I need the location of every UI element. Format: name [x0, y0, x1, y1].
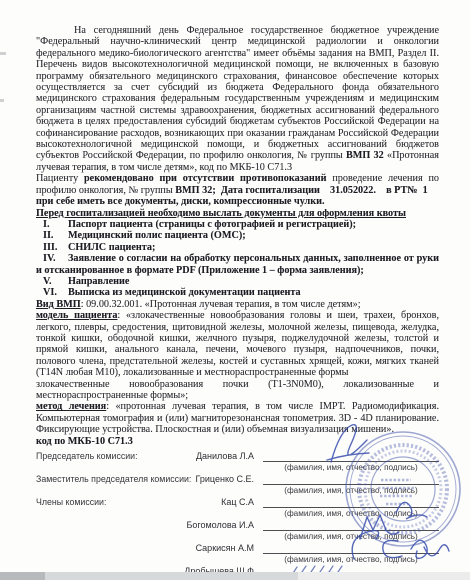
signature-caption: (фамилия, имя, отчество, подпись) — [263, 508, 439, 518]
patient-model-paragraph: модель пациента: «злокачественные новооб… — [36, 310, 439, 378]
list-item: II.Медицинский полис пациента (ОМС); — [36, 230, 439, 241]
model-second-line: злокачественные новообразования почки (Т… — [36, 379, 439, 402]
list-item: VI.Выписка из медицинской документации п… — [36, 287, 439, 298]
signature-area: (фамилия, имя, отчество, подпись) — [263, 452, 439, 472]
committee-row: Богомолова И.А (фамилия, имя, отчество, … — [36, 520, 439, 541]
signature-line — [263, 475, 439, 485]
list-item-text: Паспорт пациента (страницы с фотографией… — [68, 219, 356, 230]
list-item: I.Паспорт пациента (страницы с фотографи… — [36, 219, 439, 230]
scan-edge-segment — [0, 572, 45, 580]
bring-documents-bold: при себе иметь все документы, диски, ком… — [36, 196, 325, 207]
list-item: V.Направление — [36, 276, 439, 287]
signature-line — [263, 498, 439, 508]
intro-text: На сегодняшний день Федеральное государс… — [36, 25, 439, 161]
list-item-text: СНИЛС пациента; — [68, 242, 155, 253]
signature-area: (фамилия, имя, отчество, подпись) — [263, 544, 439, 564]
committee-row: Председатель комиссии: Данилова Л.А (фам… — [36, 451, 439, 472]
list-item: IV.Заявление о согласии на обработку пер… — [36, 253, 439, 276]
document-body: На сегодняшний день Федеральное государс… — [36, 25, 439, 580]
committee-member-name: Саркисян А.М — [36, 543, 263, 553]
vmp-group-bold: ВМП 32 — [346, 150, 384, 161]
committee-member-name: Данилова Л.А — [138, 451, 263, 461]
mkb-code-line: код по МКБ-10 С71.3 — [36, 436, 439, 447]
vmp32-bold: ВМП 32; — [175, 185, 215, 196]
scan-speck — [0, 52, 6, 55]
signature-caption: (фамилия, имя, отчество, подпись) — [263, 485, 439, 495]
signature-caption: (фамилия, имя, отчество, подпись) — [263, 531, 439, 541]
committee-block: Председатель комиссии: Данилова Л.А (фам… — [36, 451, 439, 580]
scan-edge-segment — [298, 572, 470, 580]
list-item-number: III. — [43, 242, 68, 253]
committee-role-label: Председатель комиссии: — [36, 451, 138, 461]
signature-line — [263, 452, 439, 462]
list-item-text: Выписка из медицинской документации паци… — [68, 287, 301, 298]
scan-speck — [0, 99, 4, 102]
list-item-text: Направление — [68, 276, 129, 287]
list-item-number: V. — [43, 276, 68, 287]
committee-row: Саркисян А.М (фамилия, имя, отчество, по… — [36, 543, 439, 564]
method-paragraph: метод лечения: «протонная лучевая терапи… — [36, 401, 439, 435]
patient-paragraph: Пациенту рекомендовано при отсутствии пр… — [36, 173, 439, 207]
scan-edge-segment — [45, 572, 298, 580]
signature-area: (фамилия, имя, отчество, подпись) — [263, 521, 439, 541]
signature-caption: (фамилия, имя, отчество, подпись) — [263, 554, 439, 564]
list-item: III.СНИЛС пациента; — [36, 242, 439, 253]
list-item-text: Медицинский полис пациента (ОМС); — [68, 230, 246, 241]
intro-paragraph: На сегодняшний день Федеральное государс… — [36, 25, 439, 173]
vid-vmp-line: Вид ВМП: 09.00.32.001. «Протонная лучева… — [36, 299, 439, 310]
signature-line — [263, 544, 439, 554]
list-item-text: Заявление о согласии на обработку персон… — [36, 253, 439, 275]
committee-role-label: Заместитель председателя комиссии: — [36, 474, 191, 484]
quota-heading: Перед госпитализацией необходимо выслать… — [36, 208, 439, 219]
list-item-number: I. — [43, 219, 68, 230]
signature-area: (фамилия, имя, отчество, подпись) — [263, 475, 439, 495]
scanned-document-page: На сегодняшний день Федеральное государс… — [0, 0, 470, 580]
signature-area: (фамилия, имя, отчество, подпись) — [263, 498, 439, 518]
patient-text: Пациенту — [36, 173, 84, 184]
committee-row: Члены комиссии: Кац С.А (фамилия, имя, о… — [36, 497, 439, 518]
signature-caption: (фамилия, имя, отчество, подпись) — [263, 462, 439, 472]
list-item-number: VI. — [43, 287, 68, 298]
committee-role-label: Члены комиссии: — [36, 497, 106, 507]
committee-row: Заместитель председателя комиссии: Грице… — [36, 474, 439, 495]
model-label: модель пациента — [36, 310, 117, 321]
recommended-bold: рекомендовано при отсутствии противопока… — [84, 173, 327, 184]
committee-member-name: Кац С.А — [106, 497, 263, 507]
signature-line — [263, 521, 439, 531]
list-item-number: IV. — [43, 253, 68, 264]
hospitalization-date: Дата госпитализации 31.052022. в РТ№ 1 — [216, 185, 428, 196]
scan-bottom-edge — [0, 572, 470, 580]
committee-member-name: Богомолова И.А — [36, 520, 263, 530]
vid-vmp-label: Вид ВМП — [36, 299, 81, 310]
committee-member-name: Гриценко С.Е. — [191, 474, 263, 484]
list-item-number: II. — [43, 230, 68, 241]
documents-list: I.Паспорт пациента (страницы с фотографи… — [36, 219, 439, 299]
vid-vmp-text: : 09.00.32.001. «Протонная лучевая терап… — [81, 299, 361, 310]
method-label: метод лечения — [36, 401, 106, 412]
